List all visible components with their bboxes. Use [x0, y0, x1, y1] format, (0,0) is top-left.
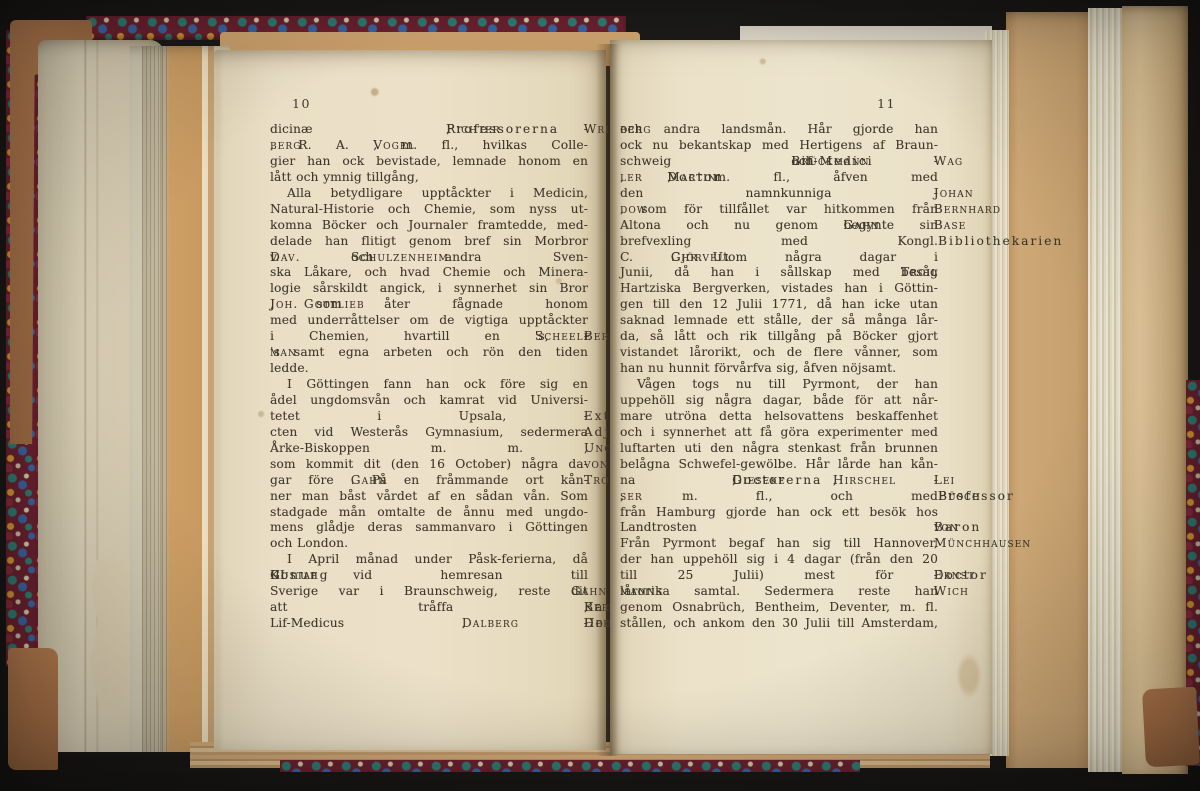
- text-line: ådel ungdomsvån och kamrat vid Universi-: [270, 393, 588, 409]
- text-line: Vågen togs nu till Pyrmont, der han: [620, 377, 938, 393]
- text-line: Konung Gustaf III vid hemresan till: [270, 568, 588, 584]
- text-line: man's samt egna arbeten och rön den tide…: [270, 345, 588, 361]
- text-line: ser, m. fl., och med Professor Büsch: [620, 489, 938, 505]
- text-line: berg, R. A. Vogel, m. fl., hvilkas Colle…: [270, 138, 588, 154]
- text-line: der han uppehöll sig i 4 dagar (från den…: [620, 552, 938, 568]
- text-line: tetet i Upsala, Extraordinarie Adjun-: [270, 409, 588, 425]
- text-line: Junii, då han i sållskap med Troil besåg: [620, 265, 938, 281]
- text-line: logie sårskildt angick, i synnerhet sin …: [270, 281, 588, 297]
- text-line: manns lårorika samtal. Sedermera reste h…: [620, 584, 938, 600]
- left-page-content: 10 dicinæ Professorerna Richter, Wris-be…: [270, 96, 588, 632]
- text-line: som kommit dit (den 16 October) några da…: [270, 457, 588, 473]
- text-line: berg och andra landsmån. Hår gjorde han: [620, 122, 938, 138]
- text-line: Landtrosten Baron von Münchhausen.: [620, 520, 938, 536]
- text-line: Årke-Biskoppen m. m. Uno von Troil,: [270, 441, 588, 457]
- text-line: att tråffa Kammarherren Bergenschöld,: [270, 600, 588, 616]
- left-page: 10 dicinæ Professorerna Richter, Wris-be…: [214, 50, 606, 750]
- marbled-board-bottom-edge: [280, 760, 860, 772]
- text-line: ler, Doctor Martini, m. fl., åfven med: [620, 170, 938, 186]
- text-line: ledde.: [270, 361, 588, 377]
- right-page-lines: berg och andra landsmån. Hår gjorde hano…: [620, 122, 938, 632]
- book-photograph: 10 dicinæ Professorerna Richter, Wris-be…: [0, 0, 1200, 791]
- text-line: stållen, och ankom den 30 Julii till Ams…: [620, 616, 938, 632]
- text-line: saknad lemnade ett stålle, der så många …: [620, 313, 938, 329]
- stacked-page-edges-right-vellum: [1122, 6, 1188, 774]
- text-line: han nu hunnit förvårfva sig, åfven nöjsa…: [620, 361, 938, 377]
- text-line: den namnkunniga Johan Bernhard Base-: [620, 186, 938, 202]
- text-line: Joh. Gottlieb, som åter fågnade honom: [270, 297, 588, 313]
- text-line: Dav. v. Schulzenheim och andra Sven-: [270, 250, 588, 266]
- text-line: Altona och nu genom Gahn begynte sin: [620, 218, 938, 234]
- text-line: dow, som för tillfållet var hitkommen fr…: [620, 202, 938, 218]
- text-line: och London.: [270, 536, 588, 552]
- text-line: cten vid Westerås Gymnasium, sedermera: [270, 425, 588, 441]
- text-line: Sverige var i Braunschweig, reste Gahn d…: [270, 584, 588, 600]
- text-line: Natural-Historie och Chemie, som nyss ut…: [270, 202, 588, 218]
- text-line: komna Böcker och Journaler framtedde, me…: [270, 218, 588, 234]
- text-line: I Göttingen fann han ock före sig en: [270, 377, 588, 393]
- left-page-lines: dicinæ Professorerna Richter, Wris-berg,…: [270, 122, 588, 632]
- text-line: na Doctorerna Gieseke, Hirschel, Lei-: [620, 473, 938, 489]
- text-line: genom Osnabrüch, Bentheim, Deventer, m. …: [620, 600, 938, 616]
- text-line: Alla betydligare upptåckter i Medicin,: [270, 186, 588, 202]
- text-line: belågna Schwefel-gewölbe. Hår lårde han …: [620, 457, 938, 473]
- text-line: ska Låkare, och hvad Chemie och Minera-: [270, 265, 588, 281]
- book-gutter: [596, 44, 622, 756]
- text-line: stadgade mån omtalte de ånnu med ungdo-: [270, 505, 588, 521]
- right-page: 11 berg och andra landsmån. Hår gjorde h…: [610, 40, 992, 754]
- text-line: Från Pyrmont begaf han sig till Hannover…: [620, 536, 938, 552]
- text-line: mens glådje deras sammanvaro i Göttingen: [270, 520, 588, 536]
- text-line: vistandet lårorikt, och de flere vånner,…: [620, 345, 938, 361]
- text-line: Lif-Medicus Dalberg, Doctor Heden-: [270, 616, 588, 632]
- text-line: da, så lått och rik tillgång på Böcker g…: [620, 329, 938, 345]
- text-line: gier han ock bevistade, lemnade honom en: [270, 154, 588, 170]
- text-line: brefvexling med Kongl. Bibliothekarien: [620, 234, 938, 250]
- text-line: ner man båst vårdet af en sådan vån. Som: [270, 489, 588, 505]
- text-line: med underråttelser om de vigtiga upptåck…: [270, 313, 588, 329]
- text-line: uppehöll sig några dagar, både för att n…: [620, 393, 938, 409]
- text-line: till 25 Julii) mest för Doctor Ernst Wic…: [620, 568, 938, 584]
- text-line: ock nu bekantskap med Hertigens af Braun…: [620, 138, 938, 154]
- stacked-page-edges-right-fine: [1088, 8, 1124, 772]
- page-number-left: 10: [270, 96, 588, 122]
- text-line: i Chemien, hvartill en Scheele's, Berg-: [270, 329, 588, 345]
- text-line: Hartziska Bergverken, vistades han i Göt…: [620, 281, 938, 297]
- text-line: delade han flitigt genom bref sin Morbro…: [270, 234, 588, 250]
- text-line: från Hamburg gjorde han ock ett besök ho…: [620, 505, 938, 521]
- text-line: gar före Gahn. På en fråmmande ort kån-: [270, 473, 588, 489]
- text-line: mare utröna detta helsovattens beskaffen…: [620, 409, 938, 425]
- text-line: luftarten uti den några stenkast från br…: [620, 441, 938, 457]
- text-line: och i synnerhet att få göra experimenter…: [620, 425, 938, 441]
- text-line: dicinæ Professorerna Richter, Wris-: [270, 122, 588, 138]
- stacked-page-edges-right-tan: [1006, 12, 1090, 768]
- leather-cover-corner-bottom-left: [8, 648, 58, 770]
- page-number-right: 11: [620, 96, 938, 122]
- text-line: gen till den 12 Julii 1771, då han icke …: [620, 297, 938, 313]
- text-line: schweig Lif-Medici Brückmann och Wag-: [620, 154, 938, 170]
- leather-cover-corner-bottom-right: [1142, 687, 1200, 768]
- right-page-content: 11 berg och andra landsmån. Hår gjorde h…: [620, 96, 938, 632]
- text-line: lått och ymnig tillgång,: [270, 170, 588, 186]
- text-line: I April månad under Påsk-ferierna, då: [270, 552, 588, 568]
- text-line: C. Chr. Gjörvell. Utom några dagar i: [620, 250, 938, 266]
